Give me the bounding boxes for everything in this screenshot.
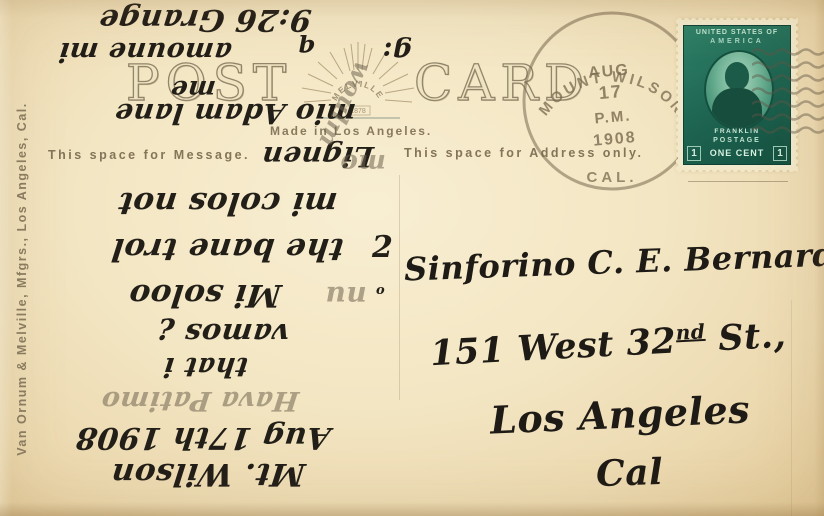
address-line-city: Los Angeles [489, 386, 751, 442]
address-street-suffix: St., [705, 315, 788, 360]
postmark-month-text: AUG [588, 61, 631, 82]
ink-mark: q [298, 34, 315, 63]
message-line: the bane trol [43, 231, 412, 267]
franklin-portrait-icon [725, 62, 749, 90]
message-line: mio Adam lane [43, 97, 427, 130]
postmark-day-text: 17 [598, 81, 624, 103]
message-line: 9:26 Grange [58, 2, 352, 37]
ink-mark: g: [382, 36, 412, 67]
address-line-name: Sinforino C. E. Bernard [403, 235, 824, 288]
address-line-state: Cal [595, 451, 664, 495]
message-space-label: This space for Message. [48, 148, 250, 162]
postmark-year-text: 1908 [592, 129, 637, 150]
stamp-denomination-left: 1 [687, 146, 701, 161]
message-line-faint: Hava Patimo [43, 385, 357, 416]
message-line: that i [116, 351, 295, 382]
stamp-perforation-bottom [676, 166, 798, 173]
address-line-street: 151 West 32nd St., [429, 315, 787, 375]
pencil-line-under-stamp [688, 181, 788, 182]
publisher-imprint-vertical: Van Ornum & Melville, Mfgrs., Los Angele… [15, 79, 33, 479]
faint-stroke: nu [325, 280, 367, 313]
message-line: mi colos not [43, 185, 412, 221]
faint-stroke: mo [340, 148, 386, 178]
message-line-place: Mt. Wilson [86, 456, 330, 492]
ink-mark: 2 [372, 230, 393, 265]
stamp-country-line1: UNITED STATES OF [684, 29, 790, 36]
message-line: Mi soloo [53, 277, 357, 313]
stamp-perforation-top [676, 17, 798, 24]
address-street-number: 151 West 32 [429, 320, 677, 374]
message-line: vamos ¿ [88, 317, 357, 351]
message-line-date: Aug 17th 1908 [56, 420, 350, 455]
ink-mark: o [376, 283, 385, 298]
message-line: amoune mi [43, 36, 247, 67]
cancellation-wavy-lines [752, 44, 824, 140]
postcard-back: POST CARD MELVILLE 1878 Made in Los [0, 0, 824, 516]
postmark-state-text: CAL. [587, 169, 638, 186]
stamp-perforation-left [675, 18, 682, 172]
stamp-denomination-right: 1 [773, 146, 787, 161]
address-street-ordinal: nd [675, 319, 706, 345]
right-crease [791, 300, 792, 516]
postmark-meridiem-text: P.M. [594, 107, 632, 127]
